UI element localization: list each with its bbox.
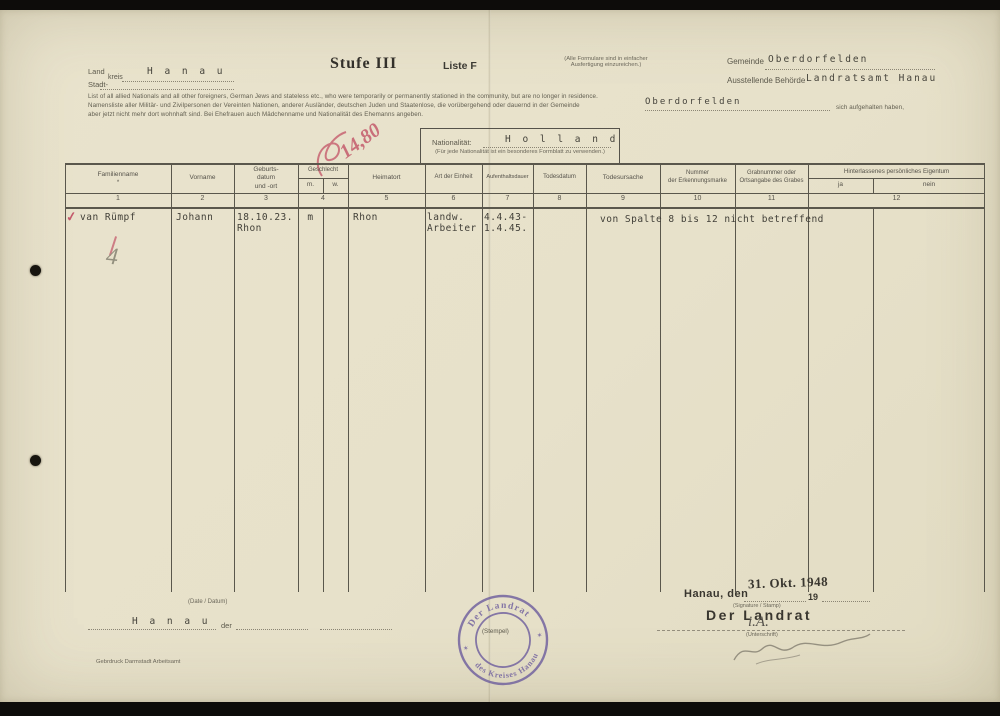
- seal-star-left-icon: ✶: [462, 644, 469, 653]
- red-check-mark: ✓: [65, 208, 78, 225]
- col-header-todesdatum: Todesdatum: [533, 174, 586, 182]
- table-vline: [660, 163, 661, 592]
- form-note-line2: Ausfertigung einzureichen.): [551, 62, 661, 68]
- col-header-eigentum: Hinterlassenes persönliches Eigentum: [808, 168, 985, 176]
- table-vline: [586, 163, 587, 592]
- col-header-familienname: Familienname: [65, 171, 171, 179]
- col-num-9: 9: [586, 195, 660, 202]
- col-num-7: 7: [482, 195, 533, 202]
- nationality-label: Nationalität:: [432, 138, 472, 147]
- punch-hole-bottom: [30, 455, 41, 466]
- table-vline: [65, 163, 66, 592]
- signature: [726, 622, 876, 667]
- row-familienname: van Rümpf: [80, 213, 136, 224]
- date-datum-label: (Date / Datum): [188, 599, 227, 605]
- col-header-aufenthaltsdauer: Aufenthaltsdauer: [482, 174, 533, 181]
- col-header-erkennungsmarke: Nummer der Erkennungsmarke: [660, 170, 735, 186]
- col-header-todesursache: Todesursache: [586, 174, 660, 182]
- col-num-10: 10: [660, 195, 735, 202]
- stempel-label: (Stempel): [482, 628, 509, 635]
- col-subheader-m: m.: [298, 181, 323, 189]
- col-subheader-w: w.: [323, 181, 348, 189]
- col-header-grabnummer: Grabnummer oder Ortsangabe des Grabes: [735, 170, 808, 186]
- date-dotted-line: [744, 600, 806, 602]
- row-vorname: Johann: [176, 213, 213, 224]
- scan-top-bar: [0, 0, 1000, 10]
- behoerde-value: Landratsamt Hanau: [806, 73, 937, 84]
- behoerde-label: Ausstellende Behörde: [727, 76, 805, 85]
- nationality-note: (Für jede Nationalität ist ein besondere…: [421, 149, 619, 155]
- register-table: Familienname * Vorname Geburts- datum un…: [65, 163, 985, 600]
- row-aufenthaltsdauer: 4.4.43- 1.4.45.: [484, 213, 528, 234]
- intro-line-en: List of all allied Nationals and all oth…: [88, 93, 598, 100]
- gemeinde-value: Oberdorfelden: [768, 54, 868, 65]
- title-stufe: Stufe III: [330, 55, 397, 73]
- year-dotted-line: [822, 600, 870, 602]
- title-liste: Liste F: [443, 60, 477, 72]
- col-num-2: 2: [171, 195, 234, 202]
- col-subheader-nein: nein: [873, 181, 985, 189]
- table-vline: [808, 163, 809, 592]
- intro-gemeinde-suffix: sich aufgehalten haben,: [836, 104, 904, 111]
- table-vline: [482, 163, 483, 592]
- eigentum-sub-rule: [808, 178, 985, 179]
- eigentum-divider-body: [873, 207, 874, 592]
- nationality-dotted-line: [483, 146, 611, 148]
- scanned-document: Stufe III Liste F (Alle Formulare sind i…: [0, 0, 1000, 716]
- table-vline: [171, 163, 172, 592]
- table-vline: [234, 163, 235, 592]
- table-vline: [735, 163, 736, 592]
- col-header-vorname: Vorname: [171, 174, 234, 182]
- col-footnote-asterisk: *: [65, 180, 171, 188]
- col-num-5: 5: [348, 195, 425, 202]
- col-num-1: 1: [65, 195, 171, 202]
- intro-dotted-line: [645, 109, 830, 111]
- ort-dotted-line: [88, 628, 216, 630]
- stadt-dotted-line: [100, 88, 234, 90]
- table-heavy-rule: [65, 207, 985, 209]
- geschlecht-divider-body: [323, 207, 324, 592]
- table-vline: [425, 163, 426, 592]
- year-label: 19: [808, 592, 818, 602]
- col-header-einheit: Art der Einheit: [425, 174, 482, 182]
- table-vline: [533, 163, 534, 592]
- landrat-seal-stamp: Der Landrat des Kreises Hanau ✶ ✶: [445, 582, 561, 698]
- der-dotted-line1: [236, 628, 308, 630]
- intro-line-de2: aber jetzt nicht mehr dort wohnhaft sind…: [88, 111, 423, 118]
- row-geburtsdatum: 18.10.23. Rhon: [237, 213, 293, 234]
- date-stamp: 31. Okt. 1948: [748, 574, 829, 593]
- form-note: (Alle Formulare sind in einfacher Ausfer…: [551, 56, 661, 68]
- row-einheit: landw. Arbeiter: [427, 213, 477, 234]
- col-num-4: 4: [298, 195, 348, 202]
- land-label: Land: [88, 67, 105, 76]
- paper-sheet: Stufe III Liste F (Alle Formulare sind i…: [0, 10, 1000, 702]
- der-label: der: [221, 621, 232, 630]
- intro-gemeinde-value: Oberdorfelden: [645, 97, 741, 107]
- table-vline: [984, 163, 985, 592]
- ort-value: H a n a u: [132, 616, 210, 627]
- col-num-3: 3: [234, 195, 298, 202]
- col-num-12: 12: [808, 195, 985, 202]
- der-dotted-line2: [320, 628, 392, 630]
- gemeinde-dotted-line: [765, 68, 935, 70]
- col-num-8: 8: [533, 195, 586, 202]
- nationality-box: Nationalität: H o l l a n d (Für jede Na…: [420, 128, 620, 164]
- intro-line-de1: Namensliste aller Militär- und Zivilpers…: [88, 102, 580, 109]
- seal-star-right-icon: ✶: [536, 631, 543, 640]
- kreis-label: kreis: [108, 74, 123, 81]
- printer-imprint: Gebrdruck Darmstadt Arbeitsamt: [96, 659, 180, 665]
- punch-hole-top: [30, 265, 41, 276]
- gemeinde-label: Gemeinde: [727, 57, 764, 66]
- hanau-den-stamp: Hanau, den: [684, 588, 748, 600]
- table-vline: [348, 163, 349, 592]
- row-span-note: von Spalte 8 bis 12 nicht betreffend: [600, 215, 920, 226]
- land-dotted-line: [122, 80, 234, 82]
- table-vline: [298, 163, 299, 592]
- col-num-6: 6: [425, 195, 482, 202]
- col-num-11: 11: [735, 195, 808, 202]
- land-value: H a n a u: [147, 66, 225, 77]
- table-mid-rule: [65, 193, 985, 194]
- col-header-geschlecht: Geschlecht: [298, 167, 348, 175]
- row-geschlecht-m: m: [298, 213, 323, 224]
- nationality-value: H o l l a n d: [505, 134, 618, 145]
- table-top-rule: [65, 163, 985, 165]
- row-heimatort: Rhon: [353, 213, 378, 224]
- scan-bottom-bar: [0, 702, 1000, 716]
- col-subheader-ja: ja: [808, 181, 873, 189]
- col-header-heimatort: Heimatort: [348, 174, 425, 182]
- col-header-geburtsdatum: Geburts- datum und -ort: [234, 166, 298, 191]
